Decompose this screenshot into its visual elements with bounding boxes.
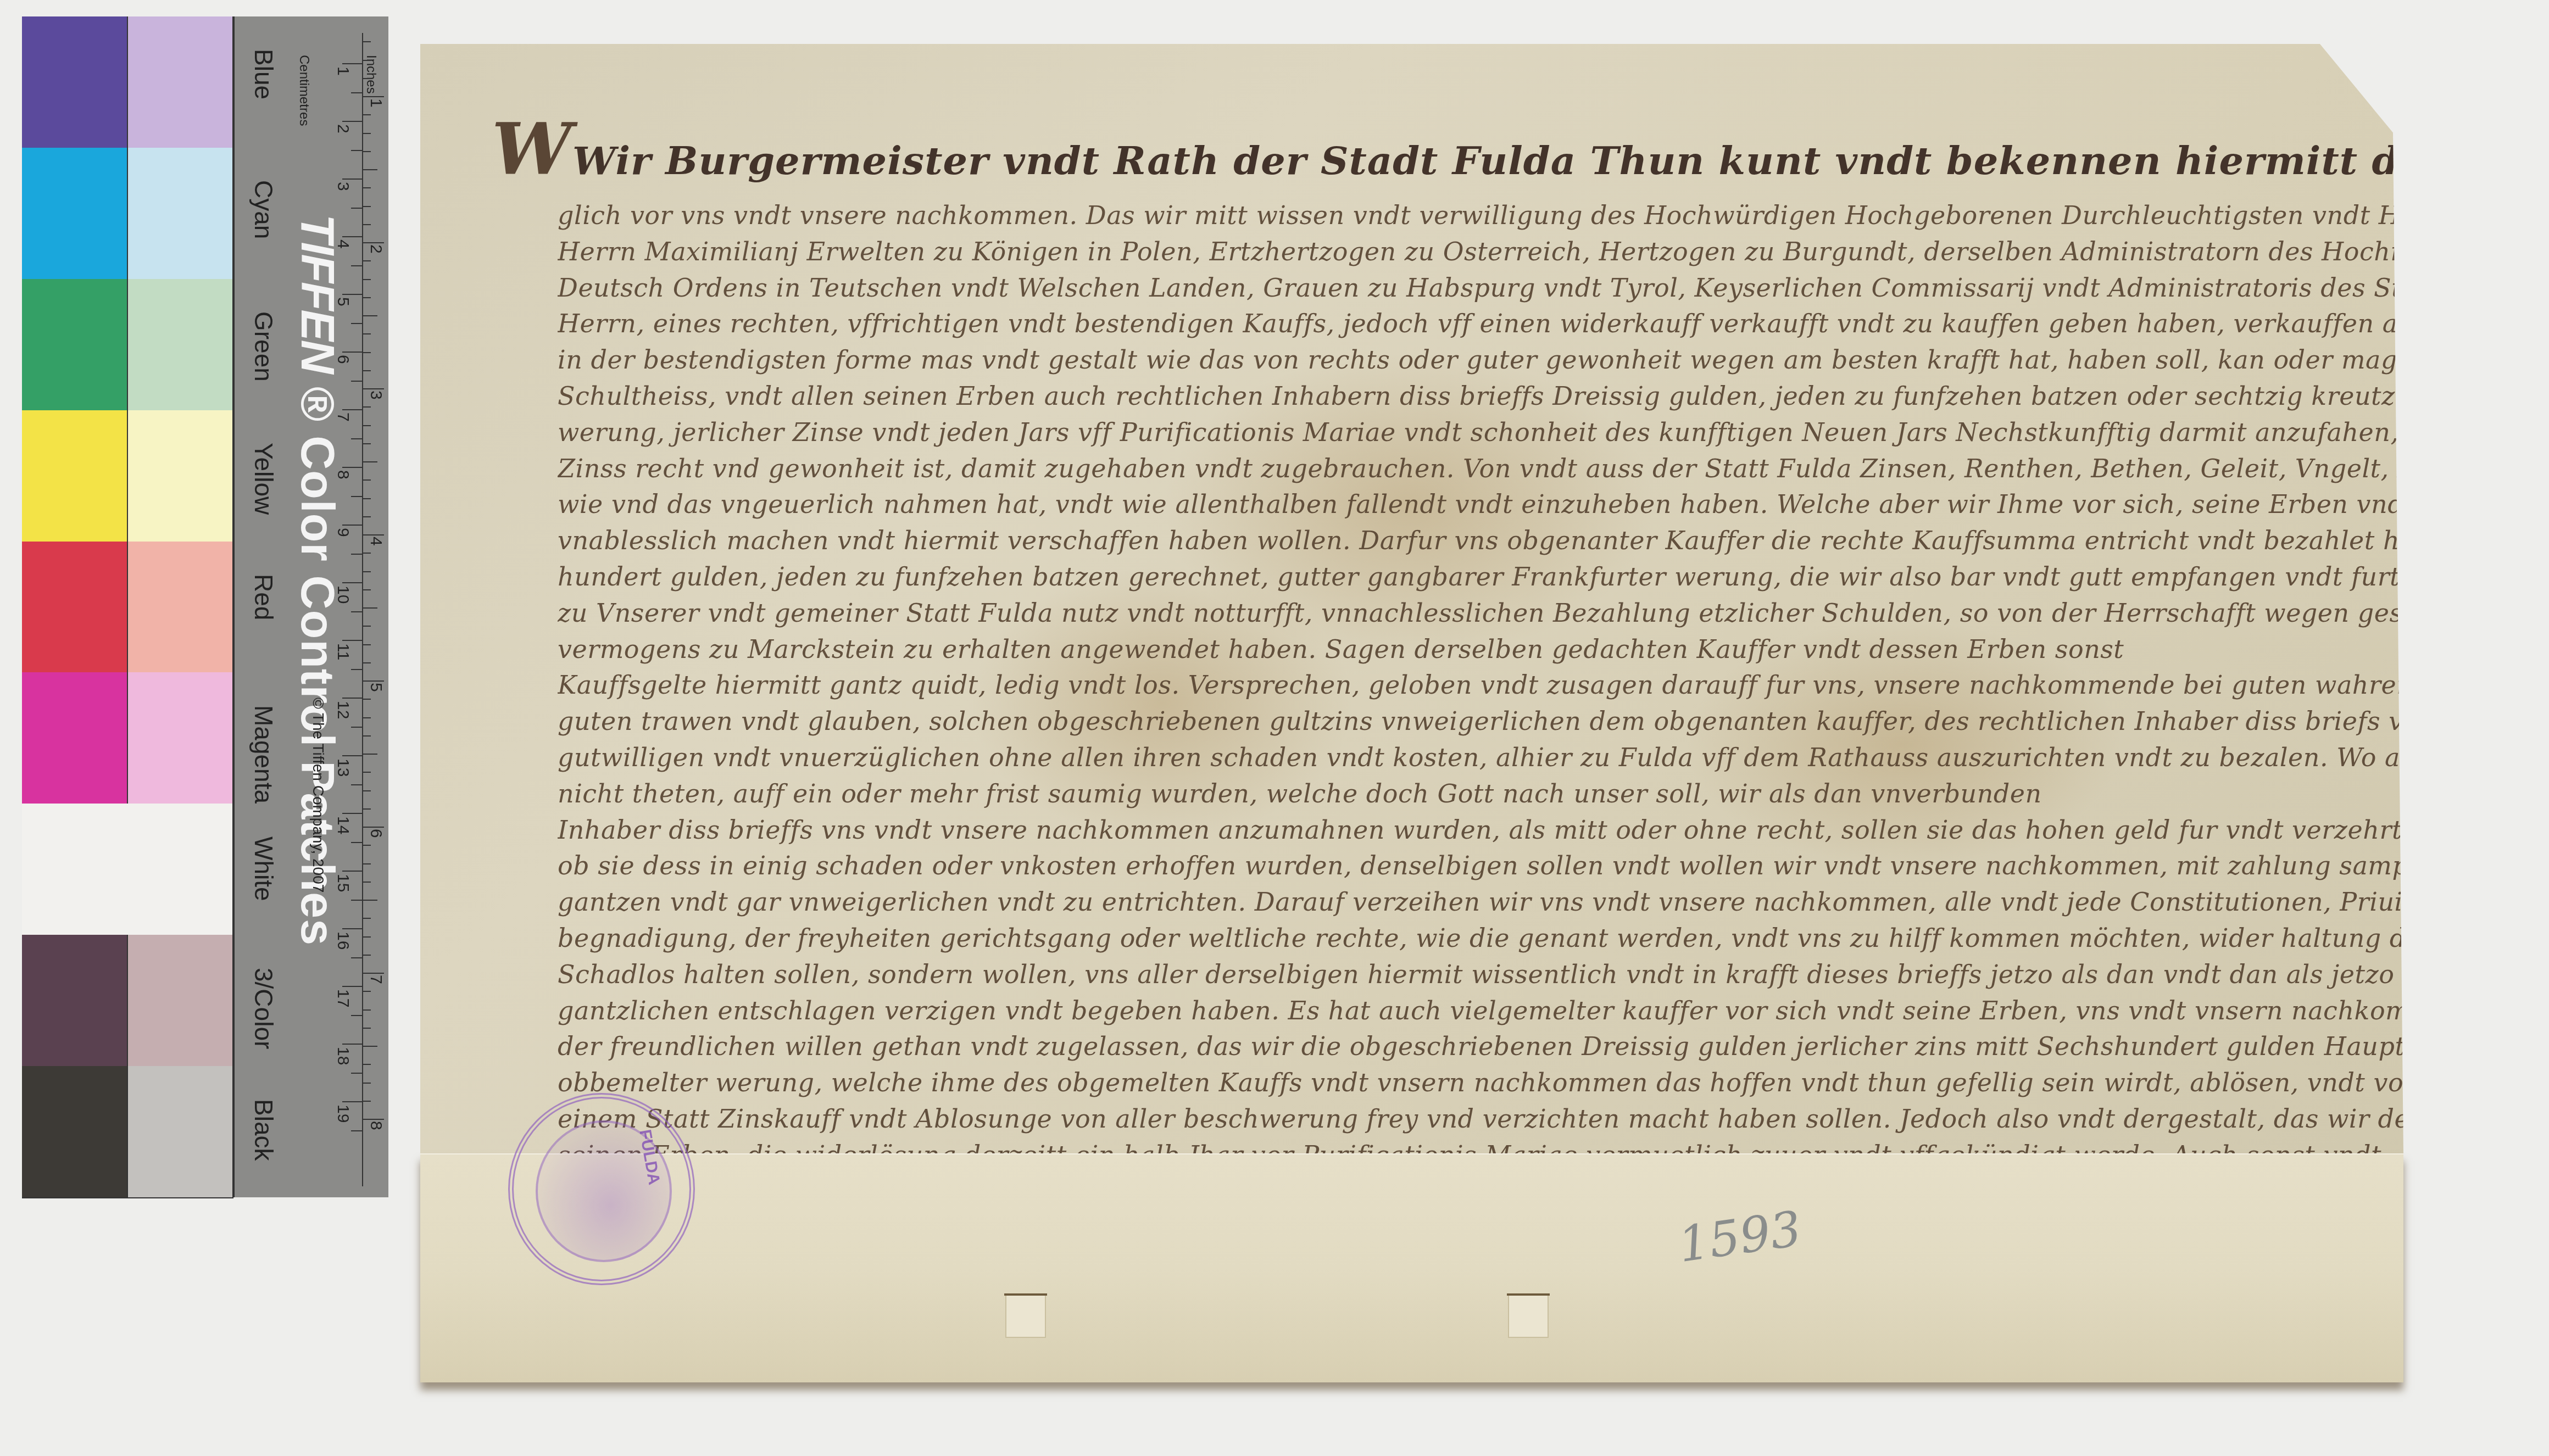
ruler-minor-tick: [362, 571, 371, 572]
ruler-minor-tick: [351, 1073, 362, 1074]
black-light-patch: [128, 1066, 234, 1197]
ruler-tick: [342, 63, 362, 64]
charter-line: werung, jerlicher Zinse vndt jeden Jars …: [558, 415, 2436, 451]
cm-tick-label: 11: [333, 643, 352, 660]
ruler-minor-tick: [362, 516, 371, 517]
cm-tick-label: 14: [333, 816, 352, 834]
cm-tick-label: 12: [333, 701, 352, 719]
ruler-minor-tick: [362, 60, 371, 61]
ruler-minor-tick: [362, 991, 371, 992]
ruler-tick: [342, 813, 362, 814]
ruler-minor-tick: [362, 1101, 371, 1102]
inch-tick-label: 3: [366, 391, 385, 400]
ruler-minor-tick: [362, 1009, 371, 1011]
ruler-minor-tick: [362, 224, 371, 225]
ruler-minor-tick: [362, 352, 371, 353]
ruler-tick: [362, 242, 384, 243]
ruler-minor-tick: [362, 260, 371, 261]
charter-line: in der bestendigsten forme mas vndt gest…: [558, 342, 2436, 378]
parchment-charter: WWir Burgermeister vndt Rath der Stadt F…: [420, 44, 2508, 1390]
ruler-minor-tick: [351, 669, 362, 670]
ruler-minor-tick: [362, 644, 371, 645]
ruler-minor-tick: [362, 206, 371, 207]
ruler-minor-tick: [362, 425, 371, 426]
charter-line: einem Statt Zinskauff vndt Ablosunge von…: [558, 1101, 2436, 1137]
charter-line: nicht theten, auff ein oder mehr frist s…: [558, 776, 2436, 812]
ruler-minor-tick: [362, 315, 377, 316]
charter-line: Herrn Maximilianj Erwelten zu Königen in…: [558, 234, 2436, 270]
white-patch: [22, 804, 233, 935]
patch-row-blue: [22, 16, 233, 149]
cm-tick-label: 17: [333, 989, 352, 1007]
ruler-minor-tick: [362, 297, 371, 298]
ruler-minor-tick: [362, 41, 371, 42]
red-dark-patch: [22, 542, 128, 673]
charter-line: zu Vnserer vndt gemeiner Statt Fulda nut…: [558, 595, 2436, 632]
ruler-minor-tick: [351, 554, 362, 555]
chart-copyright: © The Tiffen Company, 2007: [309, 698, 327, 892]
patch-row-cyan: [22, 148, 233, 280]
ruler-minor-tick: [351, 265, 362, 266]
green-dark-patch: [22, 279, 128, 410]
yellow-light-patch: [128, 410, 234, 542]
cm-tick-label: 5: [333, 297, 352, 306]
ruler-tick: [342, 236, 362, 237]
cm-tick-label: 3: [333, 182, 352, 191]
charter-line: Kauffsgelte hiermitt gantz quidt, ledig …: [558, 667, 2436, 704]
patch-row-green: [22, 279, 233, 411]
cm-tick-label: 4: [333, 239, 352, 249]
ruler-minor-tick: [351, 496, 362, 497]
black-dark-patch: [22, 1066, 128, 1197]
ruler-minor-tick: [362, 772, 371, 773]
inches-label: Inches: [363, 55, 379, 94]
centimetres-label: Centimetres: [296, 55, 311, 126]
ruler-minor-tick: [351, 1015, 362, 1016]
magenta-dark-patch: [22, 672, 128, 804]
cm-tick-label: 10: [333, 585, 352, 604]
ruler-minor-tick: [351, 900, 362, 901]
ruler-minor-tick: [351, 727, 362, 728]
ruler-minor-tick: [362, 717, 371, 718]
charter-line: Inhaber diss brieffs vns vndt vnsere nac…: [558, 812, 2436, 849]
ruler-minor-tick: [351, 957, 362, 958]
ruler-minor-tick: [362, 1064, 371, 1065]
ruler-tick: [342, 121, 362, 122]
red-light-patch: [128, 542, 234, 673]
charter-line: vermogens zu Marckstein zu erhalten ange…: [558, 632, 2436, 668]
charter-line: Schadlos halten sollen, sondern wollen, …: [558, 957, 2436, 993]
patch-label: White: [249, 836, 279, 901]
ruler-tick: [342, 1101, 362, 1102]
ruler-tick: [342, 352, 362, 353]
cm-tick-label: 1: [333, 66, 352, 76]
patch-row-red: [22, 542, 233, 674]
seal-cord-slit-right: [1508, 1295, 1549, 1338]
cm-tick-label: 8: [333, 470, 352, 479]
cm-tick-label: 13: [333, 758, 352, 777]
cm-tick-label: 18: [333, 1047, 352, 1065]
inch-tick-label: 2: [366, 244, 385, 254]
patch-label: Magenta: [249, 705, 279, 804]
patch-label: Red: [249, 574, 279, 620]
patch-label: Blue: [249, 49, 279, 99]
inch-tick-label: 8: [366, 1121, 385, 1130]
ruler-minor-tick: [362, 479, 371, 481]
patch-row-3-color: [22, 935, 233, 1067]
plica-fold: [420, 1153, 2403, 1382]
ruler-minor-tick: [362, 461, 377, 462]
charter-line: gantzen vndt gar vnweigerlichen vndt zu …: [558, 884, 2436, 921]
cm-tick-label: 7: [333, 412, 352, 422]
patch-row-yellow: [22, 410, 233, 543]
ruler-minor-tick: [362, 918, 371, 919]
green-light-patch: [128, 279, 234, 410]
ruler-minor-tick: [362, 443, 371, 444]
ruler-tick: [342, 755, 362, 756]
ruler-tick: [342, 409, 362, 410]
ruler-minor-tick: [362, 133, 371, 134]
ruler-tick: [342, 1044, 362, 1045]
ruler-tick: [342, 525, 362, 526]
parchment-sheet: WWir Burgermeister vndt Rath der Stadt F…: [420, 44, 2508, 1153]
ruler-minor-tick: [351, 150, 362, 151]
charter-line: obbemelter werung, welche ihme des obgem…: [558, 1065, 2436, 1101]
ruler-tick: [342, 928, 362, 929]
ruler-minor-tick: [351, 1130, 362, 1131]
ruler-minor-tick: [351, 784, 362, 785]
ruler-tick: [362, 96, 384, 97]
ruler-tick: [362, 1119, 384, 1120]
ruler-minor-tick: [362, 406, 371, 408]
ruler-tick: [342, 467, 362, 468]
ruler-minor-tick: [351, 208, 362, 209]
charter-line: wie vnd das vngeuerlich nahmen hat, vndt…: [558, 487, 2436, 523]
ruler-minor-tick: [362, 936, 371, 938]
seal-cord-slit-left: [1005, 1295, 1046, 1338]
yellow-dark-patch: [22, 410, 128, 542]
ruler-minor-tick: [351, 323, 362, 324]
ruler-minor-tick: [362, 187, 371, 188]
ruler-minor-tick: [351, 611, 362, 612]
ruler-minor-tick: [351, 92, 362, 93]
charter-line: begnadigung, der freyheiten gerichtsgang…: [558, 921, 2436, 957]
ruler-tick: [362, 388, 384, 389]
decorated-initial: W: [492, 107, 572, 191]
charter-line: Schultheiss, vndt allen seinen Erben auc…: [558, 378, 2436, 415]
patch-row-white: [22, 804, 233, 936]
ruler-minor-tick: [362, 699, 371, 700]
blue-dark-patch: [22, 16, 128, 148]
charter-line: der freundlichen willen gethan vndt zuge…: [558, 1029, 2436, 1065]
cm-tick-label: 6: [333, 355, 352, 364]
ruler-minor-tick: [362, 1083, 371, 1084]
blue-light-patch: [128, 16, 234, 148]
cyan-dark-patch: [22, 148, 128, 279]
patch-label: Yellow: [249, 443, 279, 515]
ruler-minor-tick: [362, 169, 377, 170]
ruler-minor-tick: [362, 607, 377, 609]
ruler-tick: [342, 294, 362, 295]
ruler-tick: [342, 698, 362, 699]
charter-line: Herrn, eines rechten, vffrichtigen vndt …: [558, 306, 2436, 342]
ruler-minor-tick: [362, 114, 371, 115]
ruler-minor-tick: [362, 754, 377, 755]
ruler-minor-tick: [362, 845, 371, 846]
patch-label: 3/Color: [249, 968, 279, 1049]
color-control-chart: BlueCyanGreenYellowRedMagentaWhite3/Colo…: [22, 16, 387, 1197]
ruler-minor-tick: [362, 626, 371, 627]
cm-tick-label: 16: [333, 931, 352, 950]
ruler-minor-tick: [351, 842, 362, 843]
ruler-minor-tick: [362, 735, 371, 737]
ruler-tick: [342, 582, 362, 583]
cm-tick-label: 15: [333, 874, 352, 892]
inch-tick-label: 7: [366, 975, 385, 984]
ruler-tick: [342, 640, 362, 641]
ruler-minor-tick: [362, 863, 371, 864]
charter-heading: WWir Burgermeister vndt Rath der Stadt F…: [492, 107, 2436, 191]
inch-tick-label: 6: [366, 829, 385, 838]
purple-archive-seal-stamp: FULDA: [508, 1093, 695, 1285]
ruler-minor-tick: [362, 1046, 377, 1047]
ruler-minor-tick: [362, 151, 371, 152]
cm-tick-label: 9: [333, 528, 352, 537]
charter-line: vnsers lieben Herrn geburtt Tausentfunff…: [558, 1390, 2436, 1426]
charter-line: vnablesslich machen vndt hiermit verscha…: [558, 523, 2436, 559]
ruler-minor-tick: [362, 900, 377, 901]
ruler-minor-tick: [362, 498, 371, 499]
ruler-minor-tick: [362, 955, 371, 956]
patch-label: Green: [249, 311, 279, 382]
inch-tick-label: 4: [366, 537, 385, 546]
3-color-light-patch: [128, 935, 234, 1066]
patch-row-black: [22, 1066, 233, 1198]
ruler-tick: [342, 178, 362, 180]
magenta-light-patch: [128, 672, 234, 804]
charter-line: gutwilligen vndt vnuerzüglichen ohne all…: [558, 740, 2436, 776]
ruler-tick: [362, 534, 384, 535]
inch-tick-label: 5: [366, 683, 385, 692]
ruler-minor-tick: [362, 333, 371, 334]
ruler-minor-tick: [362, 589, 371, 590]
charter-line: gantzlichen entschlagen verzigen vndt be…: [558, 993, 2436, 1029]
ruler-tick: [362, 680, 384, 682]
cm-tick-label: 2: [333, 124, 352, 133]
tiffen-logo: TIFFEN: [291, 214, 344, 373]
patch-row-magenta: [22, 672, 233, 805]
ruler-tick: [362, 973, 384, 974]
charter-line: guten trawen vndt glauben, solchen obges…: [558, 704, 2436, 740]
inch-tick-label: 1: [366, 98, 385, 108]
cyan-light-patch: [128, 148, 234, 279]
ruler-minor-tick: [362, 1028, 371, 1029]
ruler-minor-tick: [351, 438, 362, 439]
ruler-tick: [342, 871, 362, 872]
ruler-minor-tick: [351, 381, 362, 382]
heading-text: Wir Burgermeister vndt Rath der Stadt Fu…: [572, 138, 2549, 183]
3-color-dark-patch: [22, 935, 128, 1066]
ruler-minor-tick: [362, 882, 371, 883]
ruler-tick: [362, 827, 384, 828]
ruler-minor-tick: [362, 553, 371, 554]
color-patch-grid: [22, 16, 233, 1197]
chart-label-strip: BlueCyanGreenYellowRedMagentaWhite3/Colo…: [233, 16, 388, 1197]
charter-line: hundert gulden, jeden zu funfzehen batze…: [558, 559, 2436, 595]
patch-label: Cyan: [249, 180, 279, 239]
ruler-tick: [342, 986, 362, 987]
charter-line: ob sie dess in einig schaden oder vnkost…: [558, 848, 2436, 884]
ruler-minor-tick: [362, 808, 371, 810]
patch-label: Black: [249, 1099, 279, 1161]
charter-line: Zinss recht vnd gewonheit ist, damit zug…: [558, 451, 2436, 487]
ruler-minor-tick: [362, 662, 371, 663]
charter-line: Deutsch Ordens in Teutschen vndt Welsche…: [558, 270, 2436, 306]
ruler-minor-tick: [362, 279, 371, 280]
ruler-minor-tick: [362, 78, 371, 79]
charter-line: glich vor vns vndt vnsere nachkommen. Da…: [558, 198, 2436, 234]
ruler-minor-tick: [362, 790, 371, 791]
ruler-minor-tick: [362, 370, 371, 371]
cm-tick-label: 19: [333, 1104, 352, 1123]
